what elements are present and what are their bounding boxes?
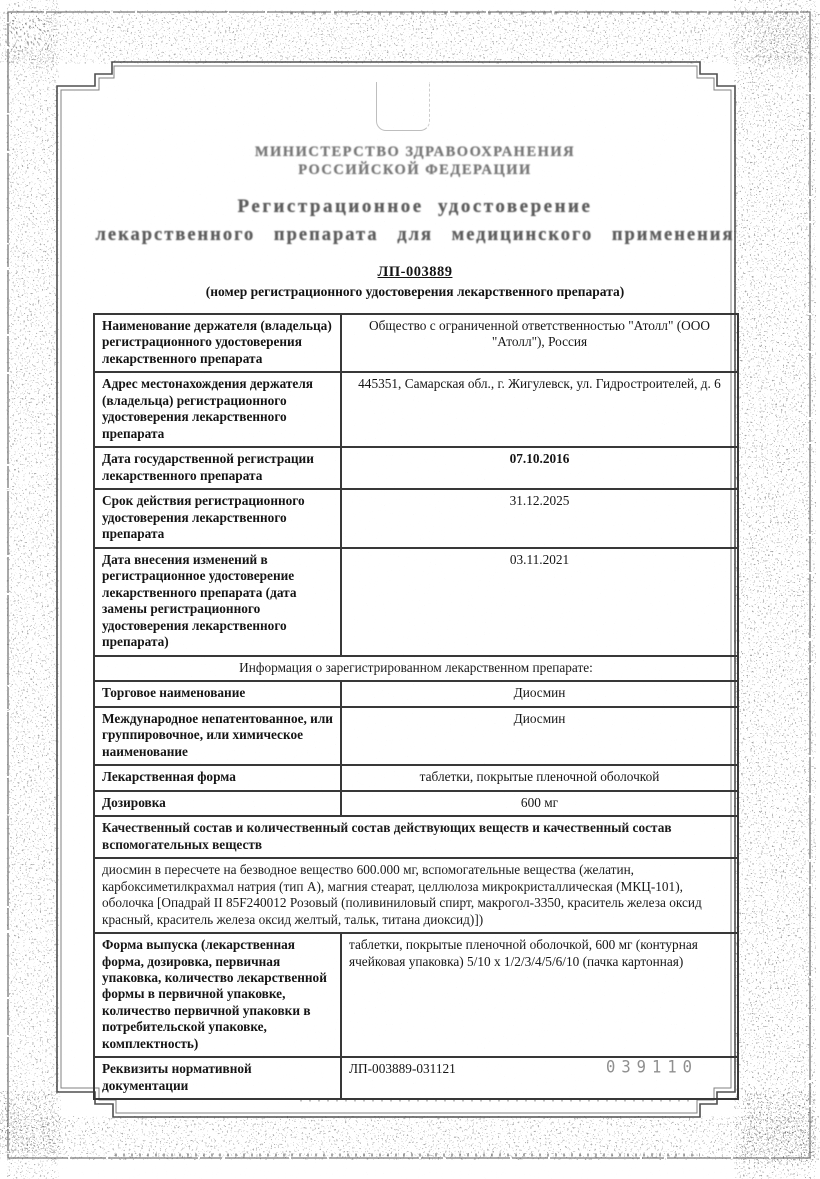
document-title: Регистрационное удостоверение лекарствен… — [93, 194, 737, 250]
field-value: таблетки, покрытые пленочной оболочкой — [341, 765, 738, 790]
table-row: Дата внесения изменений в регистрационно… — [94, 548, 738, 656]
table-row: Наименование держателя (владельца) регис… — [94, 314, 738, 372]
certificate-content: МИНИСТЕРСТВО ЗДРАВООХРАНЕНИЯ РОССИЙСКОЙ … — [93, 82, 737, 1100]
ministry-line-1: МИНИСТЕРСТВО ЗДРАВООХРАНЕНИЯ — [93, 143, 737, 161]
section-heading: Информация о зарегистрированном лекарств… — [94, 656, 738, 681]
field-value: 03.11.2021 — [341, 548, 738, 656]
field-value: Диосмин — [341, 681, 738, 706]
certificate-table: Наименование держателя (владельца) регис… — [93, 313, 739, 1100]
field-value: 31.12.2025 — [341, 489, 738, 547]
field-label: Срок действия регистрационного удостовер… — [94, 489, 341, 547]
table-row: Срок действия регистрационного удостовер… — [94, 489, 738, 547]
field-label: Международное непатентованное, или групп… — [94, 707, 341, 765]
table-row: Форма выпуска (лекарственная форма, дози… — [94, 933, 738, 1057]
field-label: Дозировка — [94, 791, 341, 816]
field-label: Реквизиты нормативной документации — [94, 1057, 341, 1099]
emblem-placeholder — [376, 82, 430, 131]
field-label: Наименование держателя (владельца) регис… — [94, 314, 341, 372]
ministry-line-2: РОССИЙСКОЙ ФЕДЕРАЦИИ — [93, 161, 737, 179]
composition-heading: Качественный состав и количественный сос… — [94, 816, 738, 858]
table-row: Лекарственная форма таблетки, покрытые п… — [94, 765, 738, 790]
table-row: Адрес местонахождения держателя (владель… — [94, 372, 738, 447]
scanned-certificate-page: { "header": { "ministry_line1": "МИНИСТЕ… — [0, 0, 820, 1179]
table-row: Дозировка 600 мг — [94, 791, 738, 816]
composition-text: диосмин в пересчете на безводное веществ… — [94, 858, 738, 933]
table-row: Международное непатентованное, или групп… — [94, 707, 738, 765]
field-label: Торговое наименование — [94, 681, 341, 706]
field-value: Диосмин — [341, 707, 738, 765]
stamp-code: 039110 — [606, 1057, 698, 1076]
field-value: 07.10.2016 — [341, 447, 738, 489]
table-heading-row: Качественный состав и количественный сос… — [94, 816, 738, 858]
registration-number-caption: (номер регистрационного удостоверения ле… — [93, 284, 737, 300]
field-label: Форма выпуска (лекарственная форма, дози… — [94, 933, 341, 1057]
table-section-row: Информация о зарегистрированном лекарств… — [94, 656, 738, 681]
document-title-line-1: Регистрационное удостоверение — [93, 194, 737, 220]
ministry-name: МИНИСТЕРСТВО ЗДРАВООХРАНЕНИЯ РОССИЙСКОЙ … — [93, 143, 737, 179]
field-label: Адрес местонахождения держателя (владель… — [94, 372, 341, 447]
field-value: 445351, Самарская обл., г. Жигулевск, ул… — [341, 372, 738, 447]
field-value: Общество с ограниченной ответственностью… — [341, 314, 738, 372]
field-label: Лекарственная форма — [94, 765, 341, 790]
table-row: Торговое наименование Диосмин — [94, 681, 738, 706]
document-title-line-2: лекарственного препарата для медицинског… — [93, 220, 737, 250]
table-text-row: диосмин в пересчете на безводное веществ… — [94, 858, 738, 933]
field-label: Дата внесения изменений в регистрационно… — [94, 548, 341, 656]
field-label: Дата государственной регистрации лекарст… — [94, 447, 341, 489]
registration-number: ЛП-003889 — [93, 264, 737, 281]
table-row: Дата государственной регистрации лекарст… — [94, 447, 738, 489]
field-value: таблетки, покрытые пленочной оболочкой, … — [341, 933, 738, 1057]
field-value: 600 мг — [341, 791, 738, 816]
